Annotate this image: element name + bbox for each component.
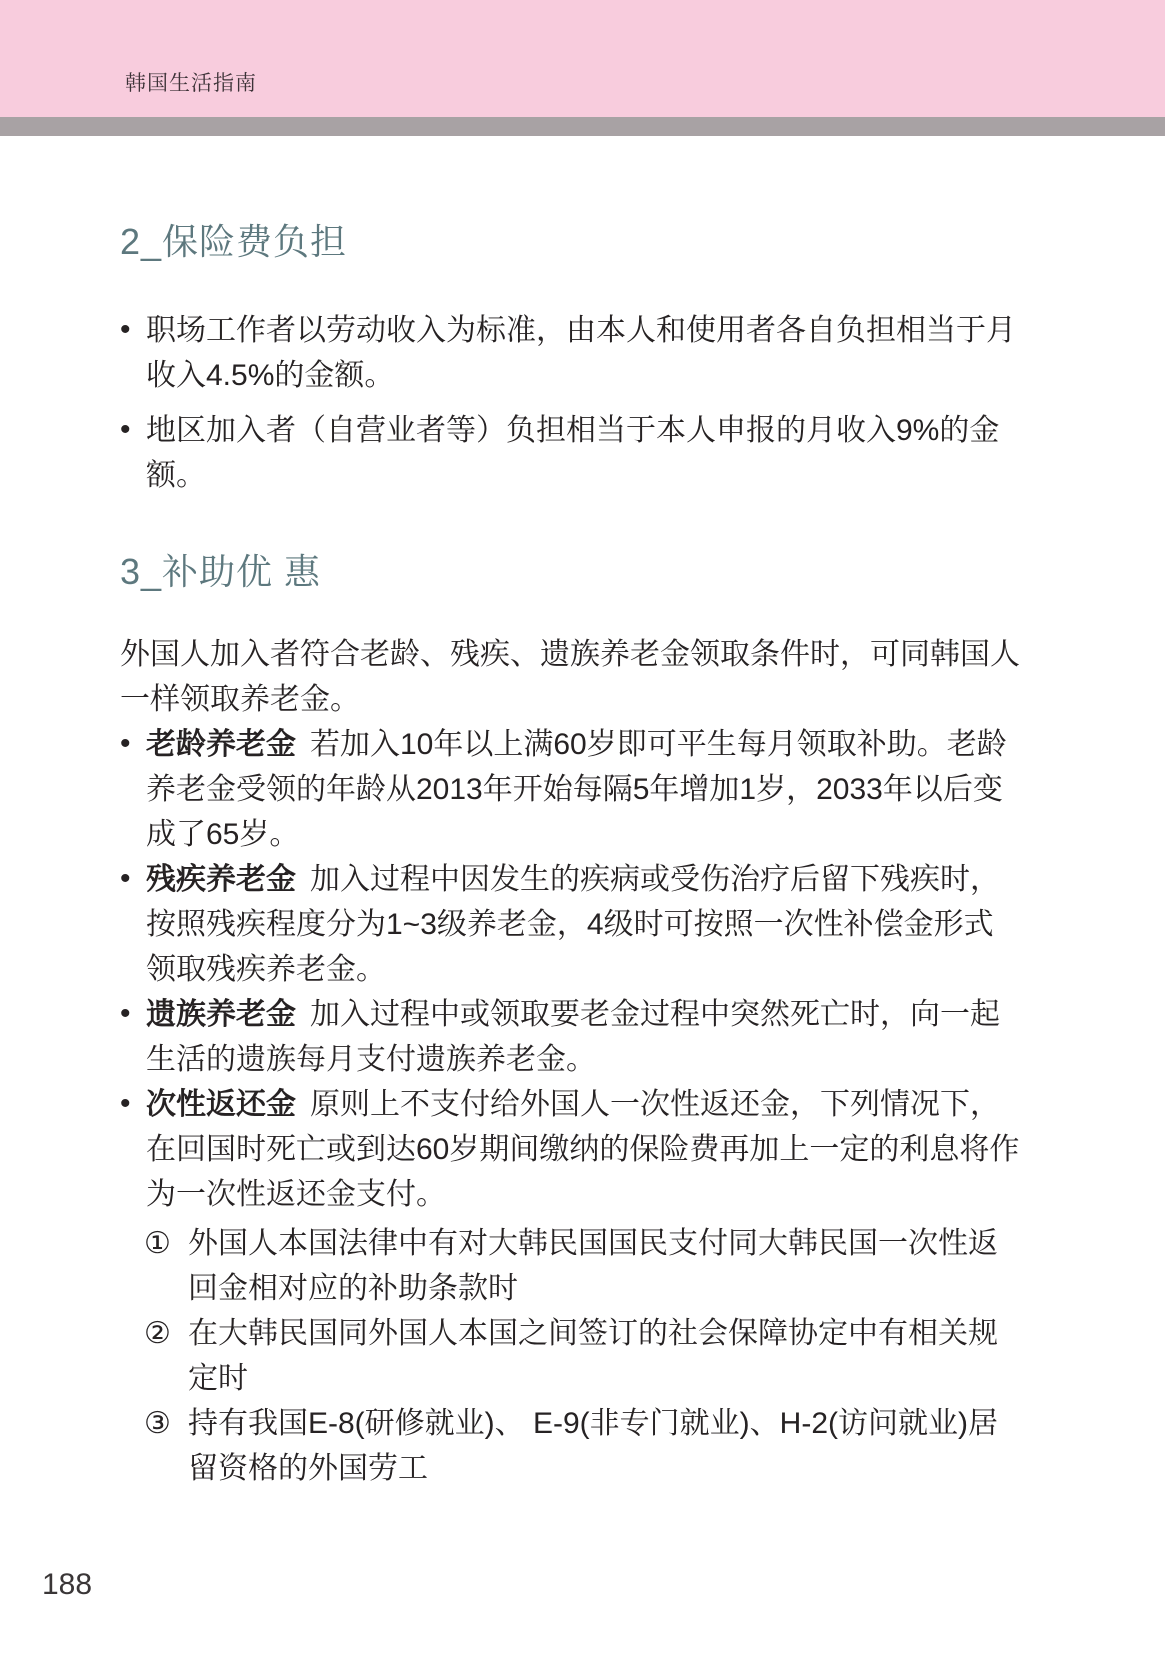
bullet-item: • 遗族养老金加入过程中或领取要老金过程中突然死亡时，向一起生活的遗族每月支付遗… (120, 992, 1022, 1082)
numbered-item-text: 外国人本国法律中有对大韩民国国民支付同大韩民国一次性返回金相对应的补助条款时 (188, 1227, 998, 1305)
bullet-item: • 残疾养老金加入过程中因发生的疾病或受伤治疗后留下残疾时，按照残疾程度分为1~… (120, 857, 1022, 992)
circled-number-icon: ③ (144, 1401, 171, 1446)
numbered-item: ③ 持有我国E-8(研修就业)、 E-9(非专门就业)、H-2(访问就业)居留资… (144, 1401, 1022, 1491)
document-page: 韩国生活指南 2_保险费负担 • 职场工作者以劳动收入为标准，由本人和使用者各自… (0, 0, 1165, 1654)
bullet-dot-icon: • (120, 407, 131, 452)
bullet-dot-icon: • (120, 721, 131, 766)
bullet-item: • 地区加入者（自营业者等）负担相当于本人申报的月收入9%的金额。 (120, 408, 1022, 498)
section-2-bullet-list: • 职场工作者以劳动收入为标准，由本人和使用者各自负担相当于月收入4.5%的金额… (120, 308, 1022, 498)
circled-number-icon: ② (144, 1311, 171, 1356)
section-3-heading: 3_补助优 惠 (120, 548, 1022, 596)
page-number: 188 (42, 1568, 92, 1602)
header-title: 韩国生活指南 (125, 67, 257, 97)
header-divider-bar (0, 117, 1165, 136)
numbered-item-text: 在大韩民国同外国人本国之间签订的社会保障协定中有相关规定时 (188, 1317, 998, 1395)
section-3-intro: 外国人加入者符合老龄、残疾、遗族养老金领取条件时，可同韩国人一样领取养老金。 (120, 632, 1022, 722)
numbered-item: ② 在大韩民国同外国人本国之间签订的社会保障协定中有相关规定时 (144, 1311, 1022, 1401)
bullet-text: 地区加入者（自营业者等）负担相当于本人申报的月收入9%的金额。 (146, 414, 999, 492)
bullet-text: 职场工作者以劳动收入为标准，由本人和使用者各自负担相当于月收入4.5%的金额。 (146, 314, 1016, 392)
section-2-heading: 2_保险费负担 (120, 218, 1022, 266)
bullet-item: • 次性返还金原则上不支付给外国人一次性返还金，下列情况下，在回国时死亡或到达6… (120, 1082, 1022, 1217)
section-3-bullet-list: • 老龄养老金若加入10年以上满60岁即可平生每月领取补助。老龄养老金受领的年龄… (120, 722, 1022, 1217)
section-3-numbered-list: ① 外国人本国法律中有对大韩民国国民支付同大韩民国一次性返回金相对应的补助条款时… (144, 1221, 1022, 1491)
bullet-lead: 遗族养老金 (146, 998, 296, 1031)
bullet-dot-icon: • (120, 991, 131, 1036)
bullet-lead: 次性返还金 (146, 1088, 296, 1121)
numbered-item-text: 持有我国E-8(研修就业)、 E-9(非专门就业)、H-2(访问就业)居留资格的… (188, 1407, 998, 1485)
bullet-dot-icon: • (120, 1081, 131, 1126)
bullet-dot-icon: • (120, 307, 131, 352)
bullet-lead: 残疾养老金 (146, 863, 296, 896)
bullet-item: • 职场工作者以劳动收入为标准，由本人和使用者各自负担相当于月收入4.5%的金额… (120, 308, 1022, 398)
bullet-lead: 老龄养老金 (146, 728, 296, 761)
page-content: 2_保险费负担 • 职场工作者以劳动收入为标准，由本人和使用者各自负担相当于月收… (120, 136, 1022, 1491)
numbered-item: ① 外国人本国法律中有对大韩民国国民支付同大韩民国一次性返回金相对应的补助条款时 (144, 1221, 1022, 1311)
page-header-band: 韩国生活指南 (0, 0, 1165, 117)
bullet-item: • 老龄养老金若加入10年以上满60岁即可平生每月领取补助。老龄养老金受领的年龄… (120, 722, 1022, 857)
bullet-dot-icon: • (120, 856, 131, 901)
circled-number-icon: ① (144, 1221, 171, 1266)
